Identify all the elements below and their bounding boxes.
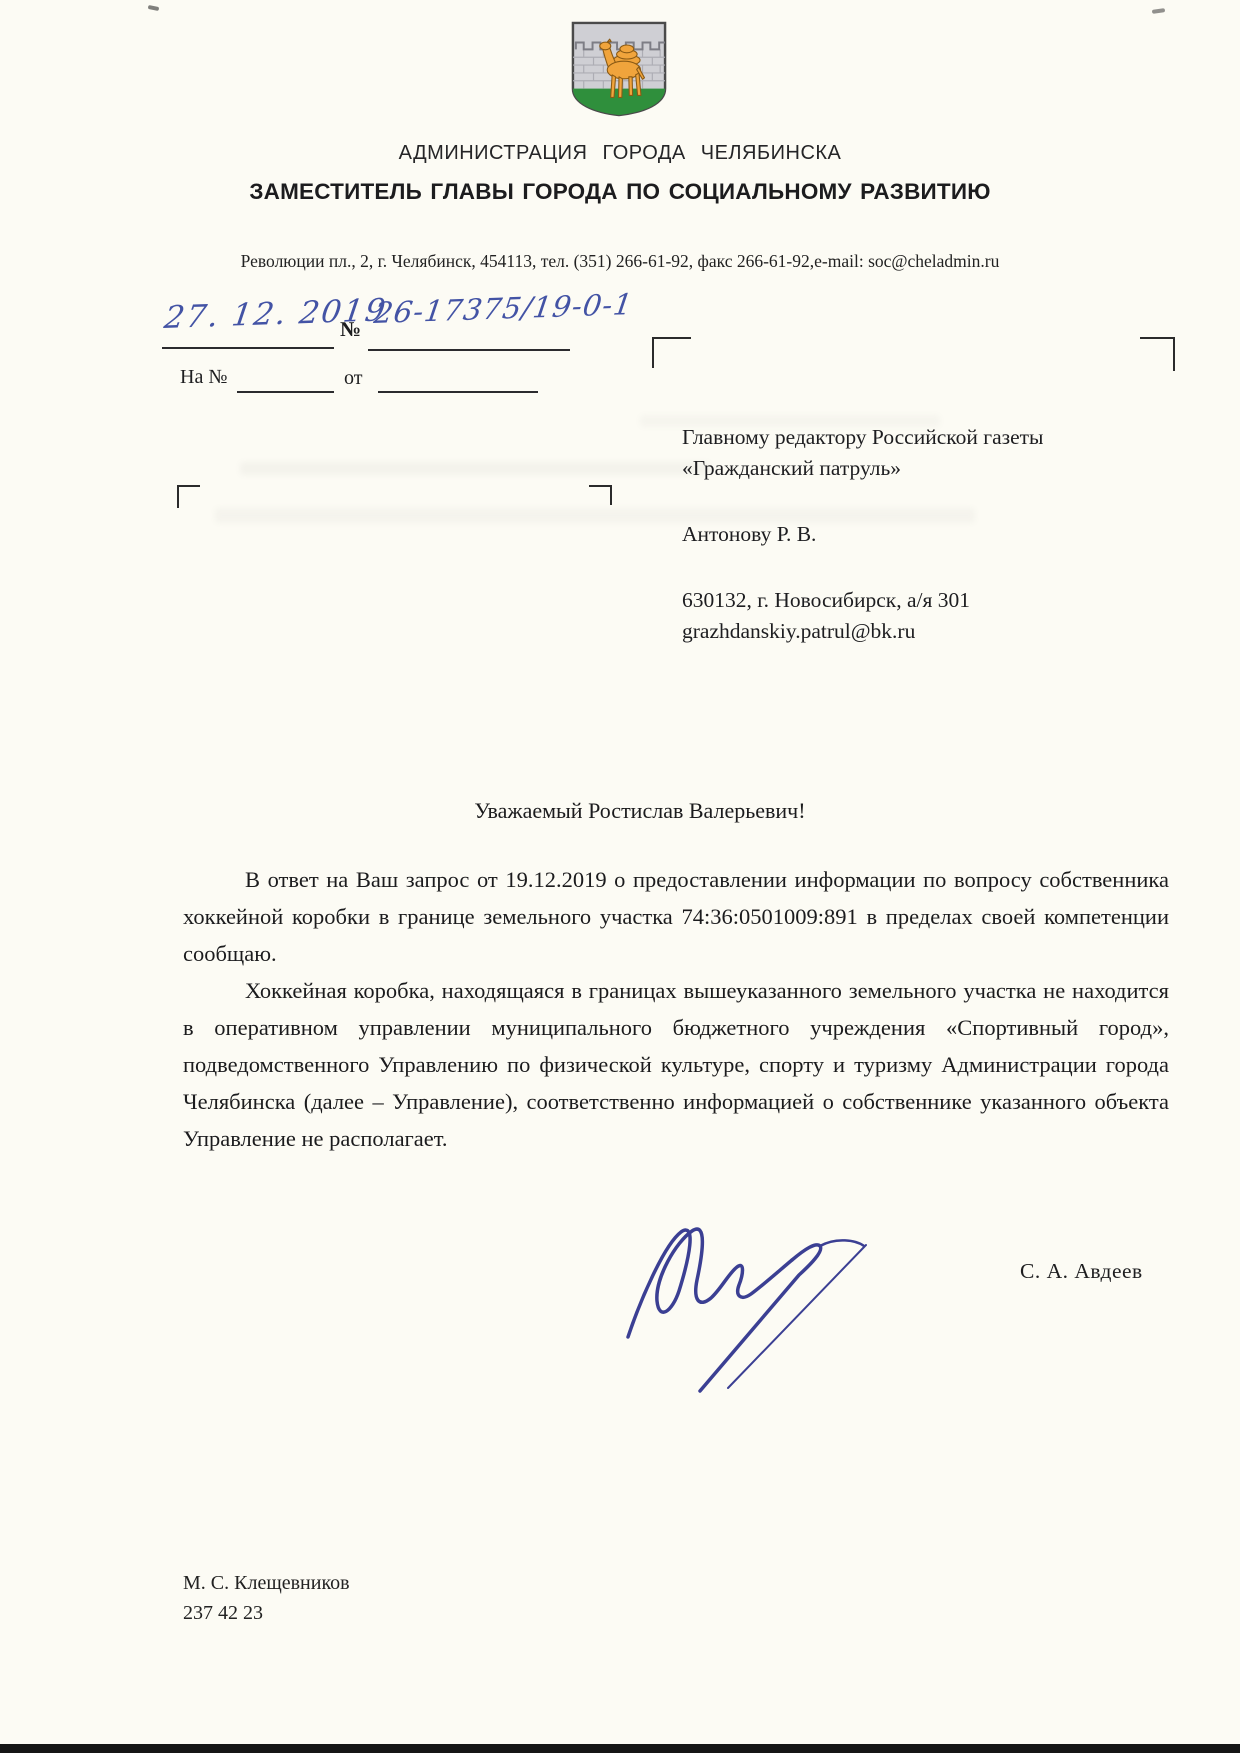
number-underline: [368, 349, 570, 351]
recipient-postal-address: 630132, г. Новосибирск, а/я 301: [682, 585, 1102, 616]
recipient-title-line2: «Гражданский патруль»: [682, 453, 1102, 484]
salutation: Уважаемый Ростислав Валерьевич!: [140, 798, 1140, 824]
scan-edge-strip: [0, 1744, 1240, 1753]
signer-name: С. А. Авдеев: [1020, 1259, 1143, 1284]
body-paragraph-2: Хоккейная коробка, находящаяся в граница…: [183, 972, 1169, 1157]
reply-date-prefix: от: [344, 367, 362, 390]
scan-speck-artifact: [1152, 8, 1165, 14]
stamp-zone-corner-top-left: [177, 485, 200, 508]
scan-speck-artifact: [148, 5, 160, 11]
organization-name: АДМИНИСТРАЦИЯ ГОРОДА ЧЕЛЯБИНСКА: [0, 142, 1240, 165]
executor-block: М. С. Клещевников 237 42 23: [183, 1568, 350, 1628]
address-zone-corner-top-right: [1140, 337, 1175, 371]
letter-body: В ответ на Ваш запрос от 19.12.2019 о пр…: [183, 861, 1169, 1157]
chelyabinsk-coat-of-arms-icon: [570, 20, 668, 118]
body-paragraph-1: В ответ на Ваш запрос от 19.12.2019 о пр…: [183, 861, 1169, 972]
reply-date-blank-line: [378, 391, 538, 393]
scan-bleed-artifact: [240, 462, 710, 475]
recipient-email: grazhdanskiy.patrul@bk.ru: [682, 616, 1102, 647]
recipient-name: Антонову Р. В.: [682, 519, 1102, 550]
recipient-title-line1: Главному редактору Российской газеты: [682, 422, 1102, 453]
stamp-zone-corner-top-right: [589, 485, 612, 505]
date-underline: [162, 347, 334, 349]
executor-name: М. С. Клещевников: [183, 1568, 350, 1598]
reply-number-blank-line: [237, 391, 334, 393]
handwritten-outgoing-number: 26-17375/19-0-1: [372, 287, 635, 330]
department-title: ЗАМЕСТИТЕЛЬ ГЛАВЫ ГОРОДА ПО СОЦИАЛЬНОМУ …: [0, 179, 1240, 205]
scanned-letter-page: АДМИНИСТРАЦИЯ ГОРОДА ЧЕЛЯБИНСКА ЗАМЕСТИТ…: [0, 0, 1240, 1753]
reply-number-prefix: На №: [180, 366, 227, 389]
contact-info-line: Революции пл., 2, г. Челябинск, 454113, …: [0, 251, 1240, 272]
address-zone-corner-top-left: [652, 337, 691, 368]
recipient-block: Главному редактору Российской газеты «Гр…: [682, 422, 1102, 647]
executor-phone: 237 42 23: [183, 1598, 350, 1628]
number-sign: №: [340, 317, 361, 342]
handwritten-signature: [608, 1205, 938, 1410]
